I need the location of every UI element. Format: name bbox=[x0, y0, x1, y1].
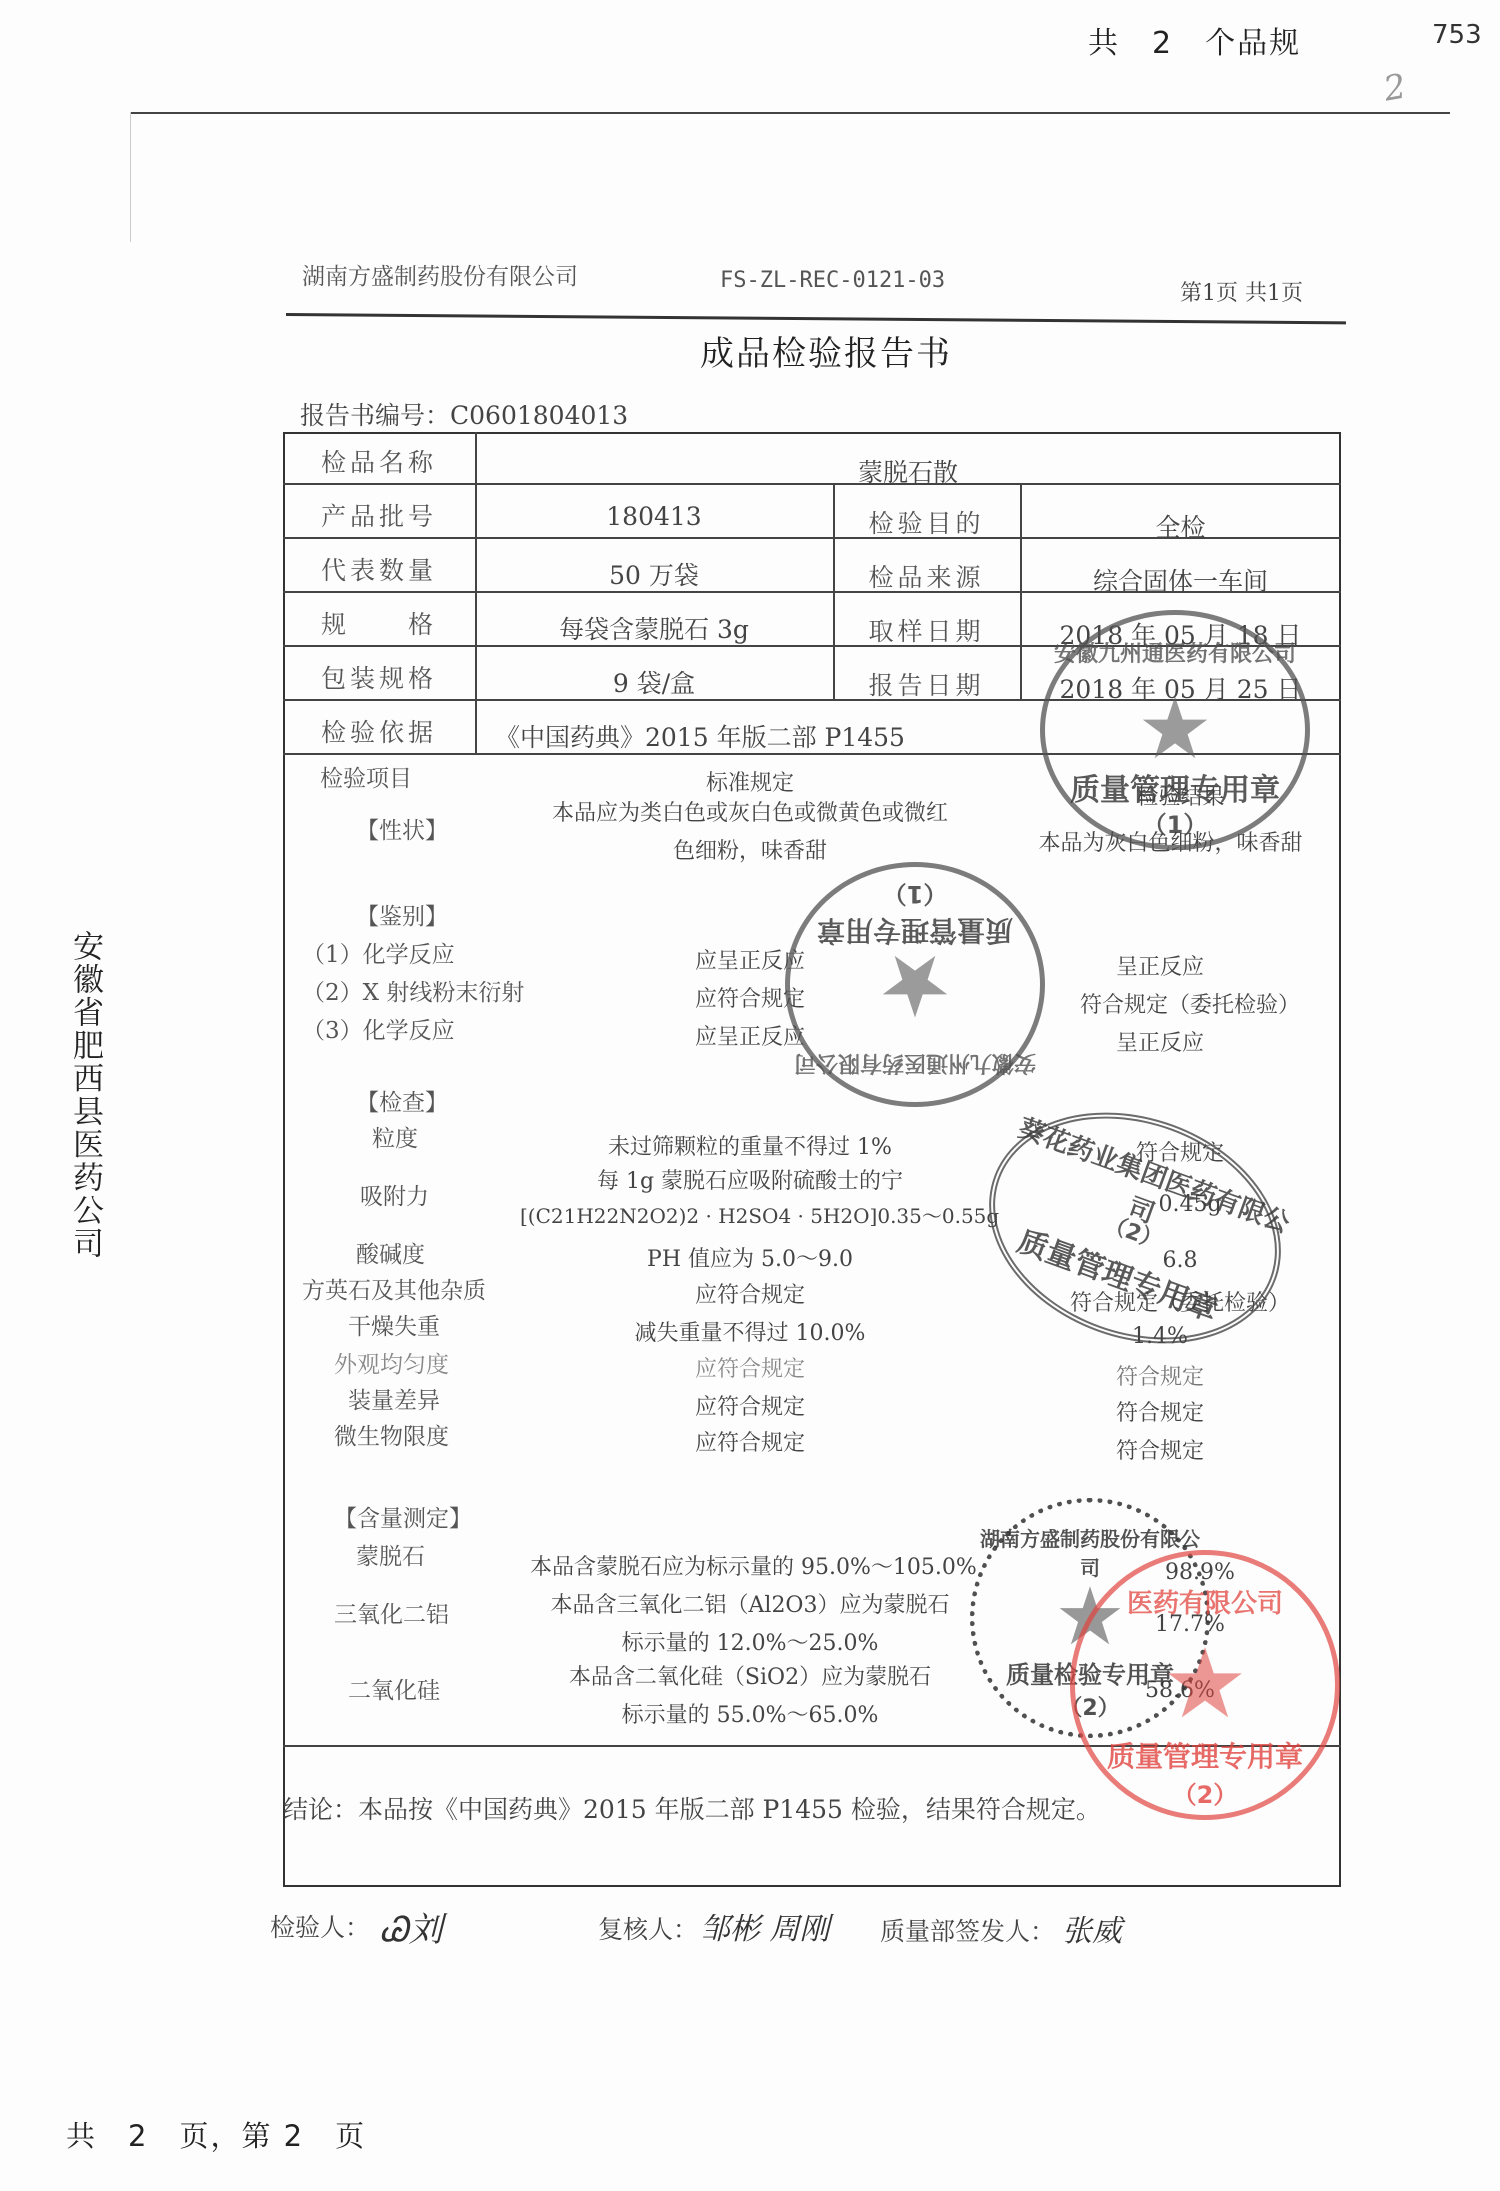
section-inspection: 【检查】 bbox=[356, 1084, 448, 1117]
drying-item: 干燥失重 bbox=[348, 1308, 440, 1341]
footer-page-count: 共 2 页，第 2 页 bbox=[66, 2114, 366, 2155]
ident-item-3: （3）化学反应 bbox=[302, 1012, 455, 1045]
adsorption-standard-2: [(C21H22N2O2)2 · H2SO4 · 5H2O]0.35～0.55g bbox=[520, 1200, 980, 1229]
company-name: 湖南方盛制药股份有限公司 bbox=[302, 258, 578, 291]
package-spec: 9 袋/盒 bbox=[475, 664, 833, 700]
drying-standard: 减失重量不得过 10.0% bbox=[540, 1316, 960, 1347]
ident-item-2: （2）X 射线粉末衍射 bbox=[302, 974, 524, 1007]
top-page-number: 753 bbox=[1432, 20, 1482, 50]
cristobalite-item: 方英石及其他杂质 bbox=[302, 1272, 486, 1305]
alumina-item: 三氧化二铝 bbox=[334, 1596, 449, 1629]
page-info: 第1页 共1页 bbox=[1180, 276, 1303, 307]
side-company-label: 安徽省肥西县医药公司 bbox=[64, 930, 104, 1260]
ident-standard-1: 应呈正反应 bbox=[680, 944, 820, 975]
appearance-standard-1: 本品应为类白色或灰白色或微黄色或微红 bbox=[520, 796, 980, 827]
scan-edge-line bbox=[130, 112, 1450, 114]
package-label: 包装规格 bbox=[283, 659, 475, 695]
product-name: 蒙脱石散 bbox=[475, 453, 1341, 489]
report-date: 2018 年 05 月 25 日 bbox=[1020, 670, 1341, 706]
fill-item: 装量差异 bbox=[348, 1382, 440, 1415]
approver-label: 质量部签发人： bbox=[880, 1912, 1055, 1948]
report-number: 报告书编号：C0601804013 bbox=[300, 396, 628, 432]
top-product-count: 共 2 个品规 bbox=[1088, 18, 1301, 62]
handwritten-mark: 2 bbox=[1381, 66, 1409, 109]
montmorillonite-standard: 本品含蒙脱石应为标示量的 95.0%～105.0% bbox=[530, 1550, 970, 1581]
silica-standard-1: 本品含二氧化硅（SiO2）应为蒙脱石 bbox=[530, 1660, 970, 1691]
appearance-result: 本品为灰白色细粉，味香甜 bbox=[1010, 826, 1331, 857]
scan-edge-line bbox=[130, 112, 131, 242]
ident-result-3: 呈正反应 bbox=[1020, 1026, 1300, 1057]
microbial-standard: 应符合规定 bbox=[540, 1426, 960, 1457]
montmorillonite-result: 98.9% bbox=[1150, 1560, 1250, 1585]
header-divider bbox=[286, 313, 1346, 324]
cristobalite-result: 符合规定（委托检验） bbox=[1030, 1286, 1330, 1317]
spec: 每袋含蒙脱石 3g bbox=[475, 610, 833, 646]
approver-signature: 张威 bbox=[1062, 1906, 1122, 1950]
silica-item: 二氧化硅 bbox=[348, 1672, 440, 1705]
report-number-value: C0601804013 bbox=[450, 401, 628, 430]
sample-date: 2018 年 05 月 18 日 bbox=[1020, 616, 1341, 652]
batch-number: 180413 bbox=[475, 502, 833, 531]
silica-standard-2: 标示量的 55.0%～65.0% bbox=[530, 1698, 970, 1729]
ident-item-1: （1）化学反应 bbox=[302, 936, 455, 969]
reviewer-label: 复核人： bbox=[598, 1910, 698, 1946]
acidity-item: 酸碱度 bbox=[356, 1236, 425, 1269]
microbial-result: 符合规定 bbox=[1100, 1434, 1220, 1465]
quantity-label: 代表数量 bbox=[283, 551, 475, 587]
source: 综合固体一车间 bbox=[1020, 562, 1341, 598]
section-assay: 【含量测定】 bbox=[334, 1500, 472, 1533]
ident-standard-2: 应符合规定 bbox=[680, 982, 820, 1013]
uniformity-item: 外观均匀度 bbox=[334, 1346, 449, 1379]
ident-result-2: 符合规定（委托检验） bbox=[1040, 988, 1340, 1019]
cristobalite-standard: 应符合规定 bbox=[540, 1278, 960, 1309]
conclusion: 结论：本品按《中国药典》2015 年版二部 P1455 检验，结果符合规定。 bbox=[283, 1790, 1101, 1826]
quantity: 50 万袋 bbox=[475, 556, 833, 592]
alumina-standard-1: 本品含三氧化二铝（Al2O3）应为蒙脱石 bbox=[530, 1588, 970, 1619]
spec-label: 规 格 bbox=[283, 605, 475, 641]
product-name-label: 检品名称 bbox=[283, 443, 475, 479]
adsorption-standard-1: 每 1g 蒙脱石应吸附硫酸士的宁 bbox=[540, 1164, 960, 1195]
inspector-signature: Ꮚ刘 bbox=[380, 1902, 443, 1951]
basis: 《中国药典》2015 年版二部 P1455 bbox=[495, 718, 905, 754]
granularity-item: 粒度 bbox=[372, 1120, 418, 1153]
report-number-label: 报告书编号： bbox=[300, 401, 450, 430]
batch-label: 产品批号 bbox=[283, 497, 475, 533]
ident-result-1: 呈正反应 bbox=[1020, 950, 1300, 981]
alumina-result: 17.7% bbox=[1140, 1612, 1240, 1637]
uniformity-result: 符合规定 bbox=[1100, 1360, 1220, 1391]
ident-standard-3: 应呈正反应 bbox=[680, 1020, 820, 1051]
fill-standard: 应符合规定 bbox=[540, 1390, 960, 1421]
alumina-standard-2: 标示量的 12.0%～25.0% bbox=[530, 1626, 970, 1657]
form-code: FS-ZL-REC-0121-03 bbox=[720, 268, 945, 293]
drying-result: 1.4% bbox=[1110, 1324, 1210, 1349]
granularity-result: 符合规定 bbox=[1080, 1136, 1280, 1167]
basis-label: 检验依据 bbox=[283, 713, 475, 749]
fill-result: 符合规定 bbox=[1100, 1396, 1220, 1427]
microbial-item: 微生物限度 bbox=[334, 1418, 449, 1451]
inspector-label: 检验人： bbox=[270, 1908, 370, 1944]
purpose-label: 检验目的 bbox=[833, 504, 1020, 540]
col-header-standard: 标准规定 bbox=[540, 766, 960, 797]
document-title: 成品检验报告书 bbox=[700, 326, 952, 375]
adsorption-item: 吸附力 bbox=[360, 1178, 429, 1211]
silica-result: 58.6% bbox=[1130, 1678, 1230, 1703]
uniformity-standard: 应符合规定 bbox=[540, 1352, 960, 1383]
granularity-standard: 未过筛颗粒的重量不得过 1% bbox=[540, 1130, 960, 1161]
montmorillonite-item: 蒙脱石 bbox=[356, 1538, 425, 1571]
adsorption-result: 0.45g bbox=[1140, 1192, 1240, 1217]
col-header-result: 检验结果 bbox=[1020, 780, 1341, 811]
acidity-result: 6.8 bbox=[1130, 1248, 1230, 1273]
appearance-standard-2: 色细粉，味香甜 bbox=[520, 834, 980, 865]
acidity-standard: PH 值应为 5.0～9.0 bbox=[540, 1242, 960, 1273]
section-identification: 【鉴别】 bbox=[356, 898, 448, 931]
purpose: 全检 bbox=[1020, 508, 1341, 544]
section-appearance: 【性状】 bbox=[356, 812, 448, 845]
sample-date-label: 取样日期 bbox=[833, 612, 1020, 648]
grid-line bbox=[283, 1745, 1341, 1747]
col-header-item: 检验项目 bbox=[320, 760, 412, 793]
reviewer-signature: 邹彬 周刚 bbox=[700, 1904, 830, 1948]
report-date-label: 报告日期 bbox=[833, 666, 1020, 702]
source-label: 检品来源 bbox=[833, 558, 1020, 594]
